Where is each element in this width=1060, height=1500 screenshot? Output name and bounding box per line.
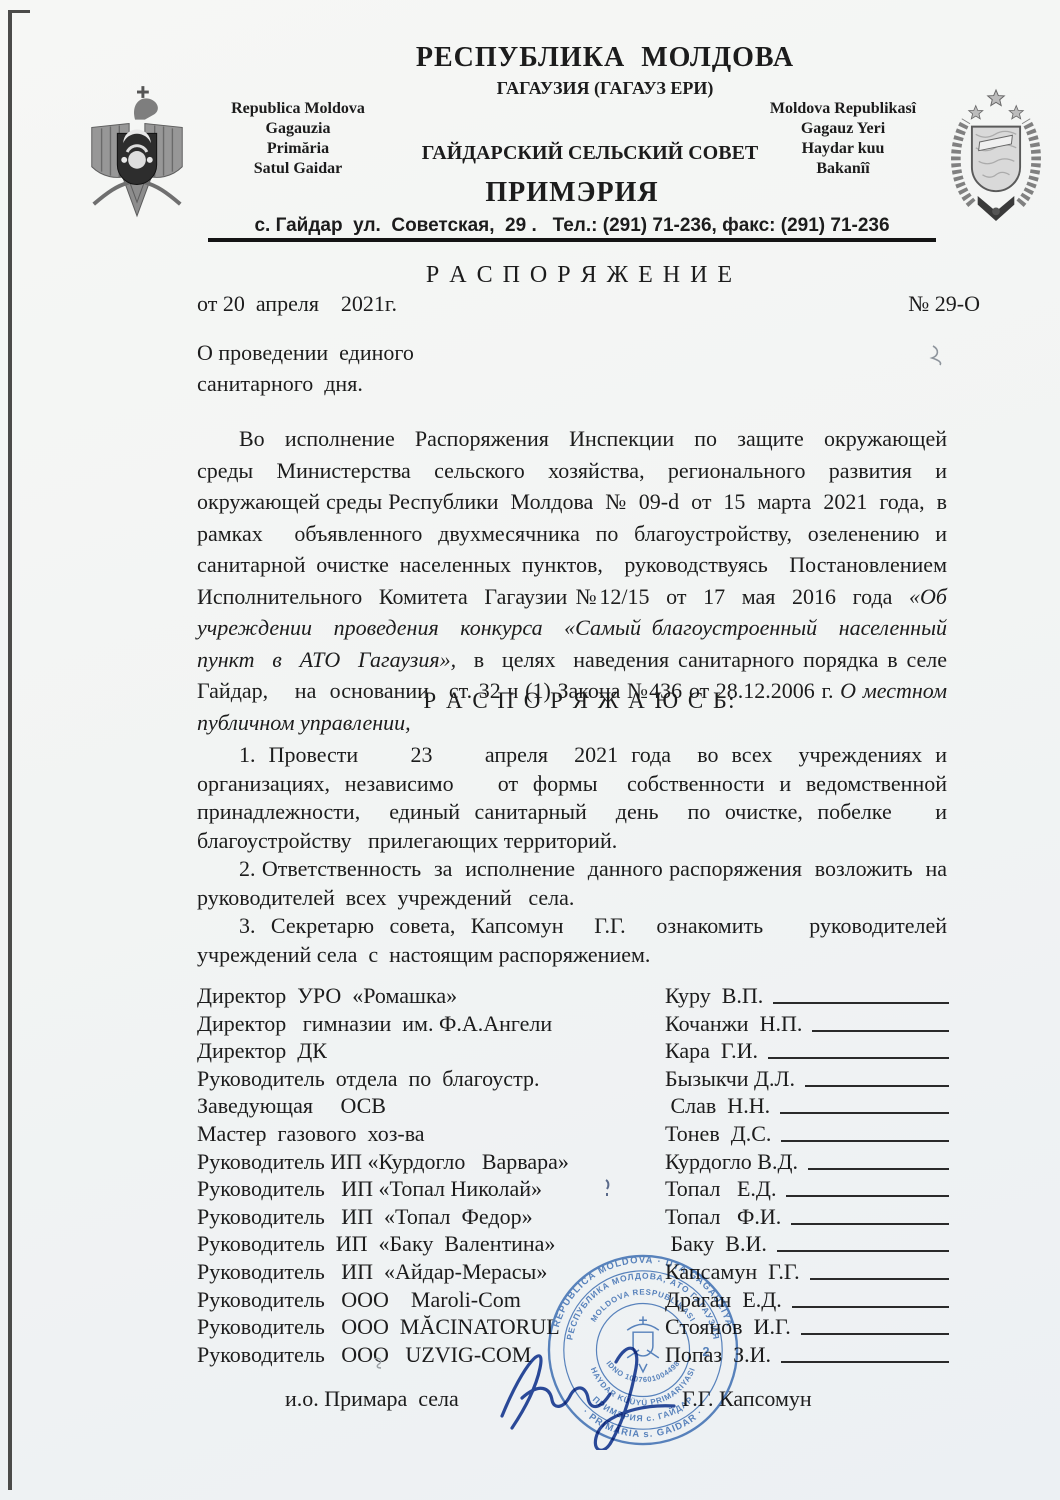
signatory-right: Куру В.П. [665,983,949,1009]
order-date: от 20 апреля 2021г. [197,291,397,317]
signature-line [812,1030,949,1032]
signature-line [792,1306,949,1308]
date-number-row: от 20 апреля 2021г. № 29-О [197,291,980,317]
signatory-name: Топал Е.Д. [665,1176,776,1202]
signatory-row: Руководитель отдела по благоустр. Бызыкч… [197,1066,949,1094]
signature-line [786,1195,949,1197]
header-left-line: Republica Moldova [218,99,378,119]
signatory-row: Руководитель ИП «Топал Федор» Топал Ф.И. [197,1204,949,1232]
header-left-block: Republica MoldovaGagauziaPrimăriaSatul G… [218,99,378,179]
signatory-position: Руководитель ИП «Курдогло Варвара» [197,1149,665,1175]
order-subject: О проведении единогосанитарного дня. [197,337,414,399]
council-title: ГАЙДАРСКИЙ СЕЛЬСКИЙ СОВЕТ [385,142,795,165]
decree-items: 1. Провести 23 апреля 2021 года во всех … [197,741,947,969]
handwritten-signature-icon [488,1332,703,1450]
scan-artifact [928,344,946,366]
signatory-row: Руководитель ИП «Курдогло Варвара» Курдо… [197,1149,949,1177]
signatory-row: Директор УРО «Ромашка» Куру В.П. [197,983,949,1011]
office-title: ПРИМЭРИЯ [172,177,972,209]
scan-edge-tick [8,10,30,13]
signatory-name: Бызыкчи Д.Л. [665,1066,795,1092]
signer-title: и.о. Примара села [285,1386,459,1412]
signatory-name: Слав Н.Н. [665,1093,770,1119]
header-right-block: Moldova RepublikasîGagauz YeriHaydar kuu… [748,99,938,179]
scan-artifact [372,1356,386,1370]
signatory-position: Заведующая ОСВ [197,1093,665,1119]
signatory-right: Кара Г.И. [665,1038,949,1064]
decree-item: 1. Провести 23 апреля 2021 года во всех … [197,741,947,855]
signatory-row: Руководитель ИП «Топал Николай» Топал Е.… [197,1176,949,1204]
subject-line: санитарного дня. [197,368,414,399]
header-right-line: Bakanîî [748,159,938,179]
subject-line: О проведении единого [197,337,414,368]
signatory-row: Директор ДК Кара Г.И. [197,1038,949,1066]
signatory-row: Мастер газового хоз-ва Тонев Д.С. [197,1121,949,1149]
signature-line [808,1168,949,1170]
header-right-line: Moldova Republikasî [748,99,938,119]
document-type-title: Р А С П О Р Я Ж Е Н И Е [160,262,1000,289]
signatory-row: Директор гимназии им. Ф.А.Ангели Кочанжи… [197,1011,949,1039]
signatory-position: Директор УРО «Ромашка» [197,983,665,1009]
signature-line [805,1085,949,1087]
signature-line [773,1002,949,1004]
signature-line [768,1057,949,1059]
seal-side-number: 2 [702,1344,709,1359]
preamble-text: Во исполнение Распоряжения Инспекции по … [197,426,958,609]
scanned-document-page: РЕСПУБЛИКА МОЛДОВА ГАГАУЗИЯ (ГАГАУЗ ЕРИ)… [0,0,1060,1500]
header-left-line: Satul Gaidar [218,159,378,179]
signature-line [780,1112,949,1114]
header-divider [208,238,936,242]
signatory-name: Кочанжи Н.П. [665,1011,802,1037]
signatory-name: Курдогло В.Д. [665,1149,798,1175]
signature-line [781,1140,949,1142]
signatory-position: Директор ДК [197,1038,665,1064]
country-title: РЕСПУБЛИКА МОЛДОВА [205,42,1005,74]
signature-line [781,1361,949,1363]
signatory-name: Кара Г.И. [665,1038,758,1064]
signatory-position: Руководитель отдела по благоустр. [197,1066,665,1092]
signatory-name: Куру В.П. [665,983,763,1009]
signatory-position: Руководитель ИП «Топал Николай» [197,1176,665,1202]
signatory-right: Слав Н.Н. [665,1093,949,1119]
region-title: ГАГАУЗИЯ (ГАГАУЗ ЕРИ) [205,78,1005,99]
decree-item: 3. Секретарю совета, Капсомун Г.Г. ознак… [197,912,947,969]
header-right-line: Gagauz Yeri [748,119,938,139]
signatory-position: Мастер газового хоз-ва [197,1121,665,1147]
signature-line [810,1278,949,1280]
signature-line [801,1333,949,1335]
signature-line [777,1250,949,1252]
decree-heading: Р А С П О Р Я Ж А Ю С Ь: [160,688,1000,714]
signatory-right: Кочанжи Н.П. [665,1011,949,1037]
signatory-right: Курдогло В.Д. [665,1149,949,1175]
signature-line [791,1223,949,1225]
signatory-name: Тонев Д.С. [665,1121,771,1147]
decree-item: 2. Ответственность за исполнение данного… [197,855,947,912]
header-right-line: Haydar kuu [748,139,938,159]
scan-edge-strip [8,10,12,1490]
signatory-row: Заведующая ОСВ Слав Н.Н. [197,1093,949,1121]
order-number: № 29-О [908,291,980,317]
address-line: с. Гайдар ул. Советская, 29 . Тел.: (291… [172,215,972,237]
header-left-line: Primăria [218,139,378,159]
signatory-right: Топал Ф.И. [665,1204,949,1230]
signatory-name: Топал Ф.И. [665,1204,781,1230]
signatory-right: Топал Е.Д. [665,1176,949,1202]
signatory-position: Руководитель ИП «Топал Федор» [197,1204,665,1230]
signatory-position: Директор гимназии им. Ф.А.Ангели [197,1011,665,1037]
signatory-right: Бызыкчи Д.Л. [665,1066,949,1092]
signatory-right: Тонев Д.С. [665,1121,949,1147]
scan-artifact [602,1178,614,1198]
header-left-line: Gagauzia [218,119,378,139]
